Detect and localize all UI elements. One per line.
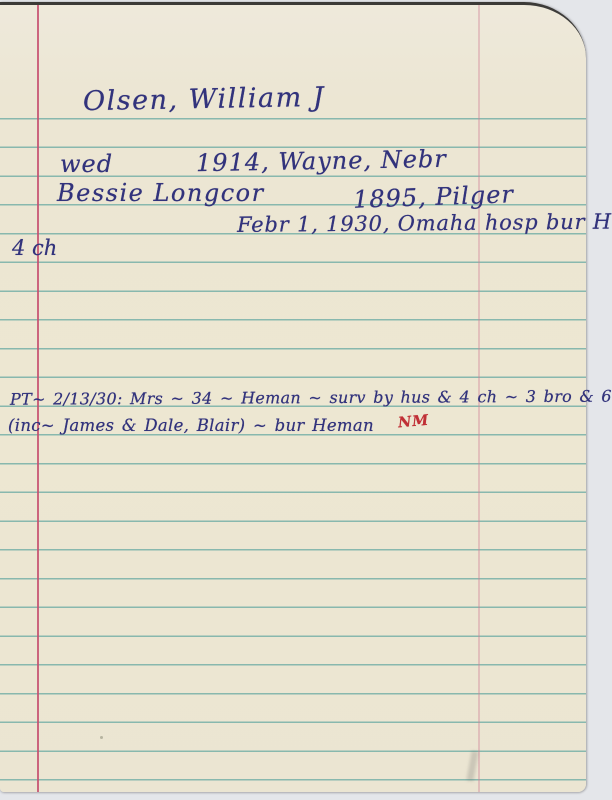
marriage-info: 1914, Wayne, Nebr [196,145,447,177]
red-annotation: NM [397,412,430,432]
wed-label: wed [60,150,113,178]
spouse-birth-info: 1895, Pilger [353,180,515,214]
name-entry: Olsen, William J [83,82,326,117]
spouse-name: Bessie Longcor [57,179,265,207]
scanned-page: Olsen, William J wed 1914, Wayne, Nebr B… [0,0,612,800]
margin-note: 4 ch [12,236,57,260]
obituary-line-2-text: (inc~ James & Dale, Blair) ~ bur Heman [8,416,374,435]
handwriting-layer: Olsen, William J wed 1914, Wayne, Nebr B… [0,0,612,800]
obituary-line-1: PT~ 2/13/30: Mrs ~ 34 ~ Heman ~ surv by … [10,386,612,408]
obituary-line-2: (inc~ James & Dale, Blair) ~ bur HemanNM [8,416,429,435]
death-info: Febr 1, 1930, Omaha hosp bur Heman [237,209,612,237]
